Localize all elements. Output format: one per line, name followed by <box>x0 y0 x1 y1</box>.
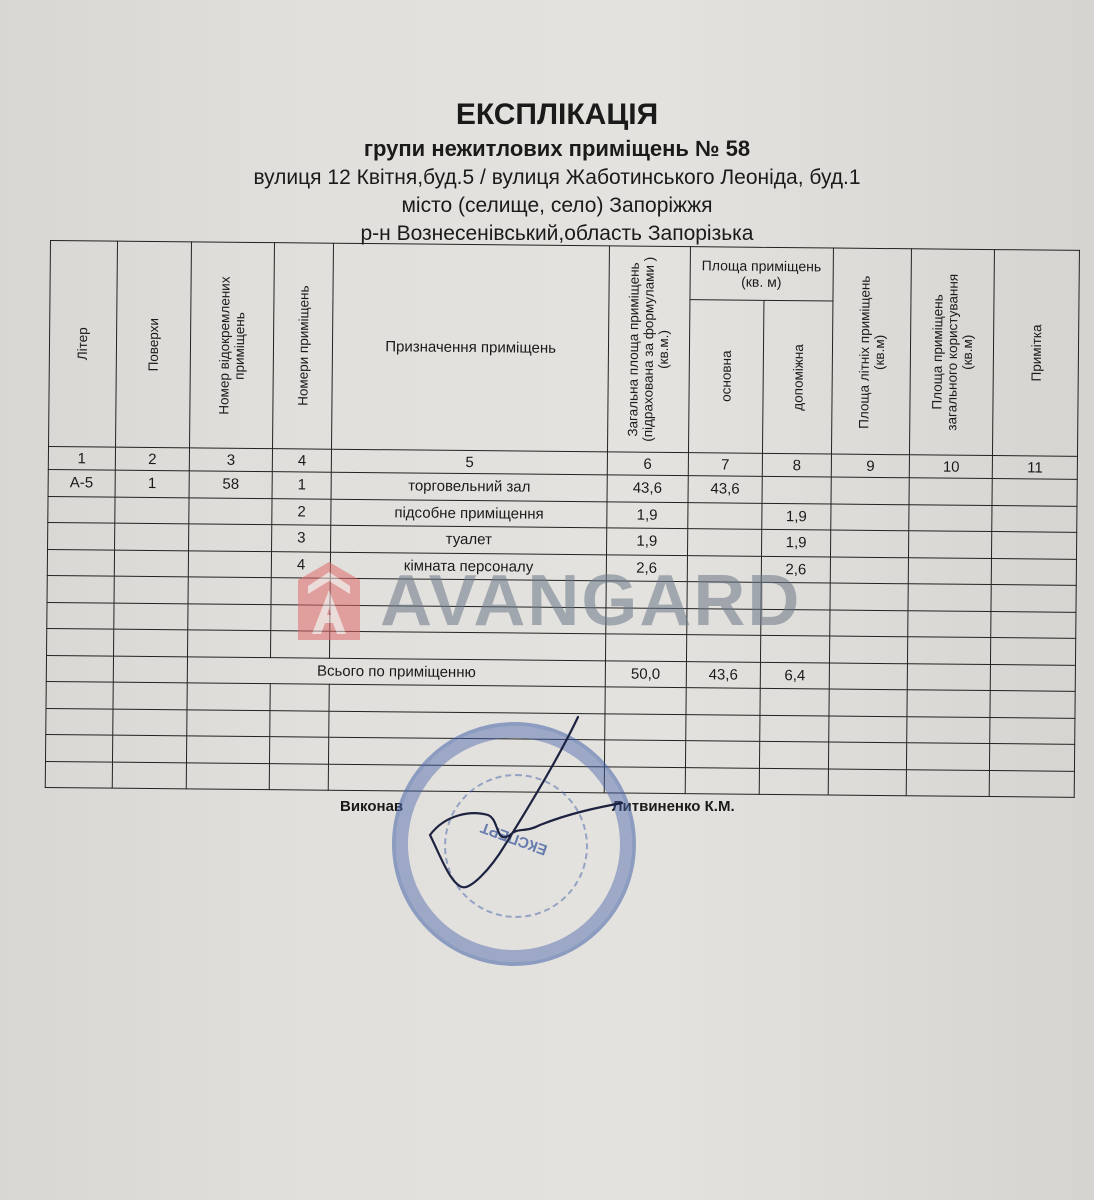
handwritten-signature <box>400 715 660 905</box>
column-number: 7 <box>688 453 763 477</box>
empty-cell <box>907 743 990 770</box>
empty-cell <box>991 638 1076 665</box>
cell-main <box>687 502 762 529</box>
empty-cell <box>605 687 686 714</box>
cell-separate: 58 <box>189 471 272 498</box>
empty-cell <box>829 689 908 716</box>
column-number: 11 <box>992 456 1077 480</box>
column-number: 4 <box>272 449 332 473</box>
empty-cell <box>45 761 112 788</box>
column-number: 1 <box>48 446 115 470</box>
empty-cell <box>829 715 908 742</box>
empty-cell <box>114 576 189 603</box>
empty-cell <box>829 636 908 663</box>
empty-cell <box>45 734 112 761</box>
cell-summer <box>830 530 909 557</box>
address-line: вулиця 12 Квітня,буд.5 / вулиця Жаботинс… <box>10 166 1094 190</box>
empty-cell <box>761 582 830 609</box>
empty-cell <box>759 768 828 795</box>
empty-cell <box>606 607 687 634</box>
cell-room: 2 <box>272 498 332 525</box>
cell-summer <box>831 477 910 504</box>
empty-cell <box>829 662 908 689</box>
empty-cell <box>761 609 830 636</box>
empty-cell <box>605 634 686 661</box>
empty-cell <box>908 610 991 637</box>
empty-cell <box>828 742 907 769</box>
column-number: 6 <box>607 452 688 476</box>
empty-cell <box>828 768 907 795</box>
cell-room: 3 <box>271 525 331 552</box>
empty-cell <box>685 714 760 741</box>
empty-cell <box>269 737 329 764</box>
document-subtitle: групи нежитлових приміщень № 58 <box>10 136 1094 162</box>
header-floors: Поверхи <box>115 241 192 448</box>
empty-cell <box>112 709 187 736</box>
cell-room: 1 <box>272 472 332 499</box>
cell-separate <box>188 550 271 577</box>
cell-note <box>992 532 1077 559</box>
cell-main <box>687 529 762 556</box>
total-area-sum: 50,0 <box>605 660 686 687</box>
header-area-group: Площа приміщень (кв. м) <box>690 247 834 301</box>
empty-cell <box>685 741 760 768</box>
cell-note <box>991 558 1076 585</box>
cell-aux: 1,9 <box>762 503 831 530</box>
empty-cell <box>761 635 830 662</box>
column-number: 2 <box>115 447 190 471</box>
empty-cell <box>113 682 188 709</box>
cell-purpose: кімната персоналу <box>331 552 607 581</box>
empty-cell <box>187 709 270 736</box>
cell-floor: 1 <box>115 470 190 497</box>
empty-cell <box>908 637 991 664</box>
header-purpose: Призначення приміщень <box>332 243 609 452</box>
empty-cell <box>270 710 330 737</box>
document-title: ЕКСПЛІКАЦІЯ <box>10 98 1094 132</box>
header-total-area: Загальна площа приміщень (підрахована за… <box>607 246 690 453</box>
empty-cell <box>760 741 829 768</box>
empty-cell <box>686 608 761 635</box>
total-aux-sum: 6,4 <box>760 662 829 689</box>
empty-cell <box>186 762 269 789</box>
cell-liter <box>48 496 115 523</box>
cell-summer <box>831 504 910 531</box>
empty-cell <box>990 691 1075 718</box>
cell-liter: А-5 <box>48 469 115 496</box>
column-number: 9 <box>831 454 910 478</box>
cell-separate <box>189 524 272 551</box>
empty-cell <box>113 656 188 683</box>
empty-cell <box>330 631 606 660</box>
cell-main <box>687 555 762 582</box>
empty-cell <box>47 628 114 655</box>
empty-cell <box>830 583 909 610</box>
cell-main: 43,6 <box>688 476 763 503</box>
header-separate-number: Номер відокремлених приміщень <box>190 242 275 449</box>
empty-cell <box>990 744 1075 771</box>
empty-cell <box>187 736 270 763</box>
cell-total: 1,9 <box>606 528 687 555</box>
empty-cell <box>990 664 1075 691</box>
empty-cell <box>113 603 188 630</box>
empty-cell <box>270 684 330 711</box>
empty-cell <box>830 610 909 637</box>
column-number: 5 <box>332 449 608 475</box>
cell-purpose: туалет <box>331 525 607 554</box>
cell-total: 1,9 <box>607 501 688 528</box>
empty-cell <box>188 577 271 604</box>
city-line: місто (селище, село) Запоріжжя <box>10 194 1094 218</box>
empty-cell <box>47 602 114 629</box>
column-number: 8 <box>762 453 831 477</box>
empty-cell <box>907 716 990 743</box>
cell-common <box>909 531 992 558</box>
header-main: основна <box>688 300 764 454</box>
cell-floor <box>114 523 189 550</box>
signed-by-label: Виконав <box>340 798 403 815</box>
cell-note <box>992 505 1077 532</box>
empty-cell <box>686 635 761 662</box>
empty-cell <box>991 611 1076 638</box>
empty-cell <box>47 575 114 602</box>
cell-room: 4 <box>271 551 331 578</box>
empty-cell <box>270 631 330 658</box>
cell-aux: 1,9 <box>762 529 831 556</box>
total-label: Всього по приміщенню <box>187 656 605 687</box>
header-liter: Літер <box>49 241 118 448</box>
empty-cell <box>188 630 271 657</box>
cell-liter <box>47 549 114 576</box>
empty-cell <box>113 629 188 656</box>
empty-cell <box>330 605 606 634</box>
cell-common <box>909 557 992 584</box>
empty-cell <box>908 584 991 611</box>
empty-cell <box>991 585 1076 612</box>
empty-cell <box>271 604 331 631</box>
empty-cell <box>330 578 606 607</box>
header-auxiliary: допоміжна <box>763 300 833 454</box>
empty-cell <box>46 655 113 682</box>
empty-cell <box>269 763 329 790</box>
empty-cell <box>686 688 761 715</box>
cell-total: 43,6 <box>607 475 688 502</box>
column-number: 3 <box>190 448 273 472</box>
empty-cell <box>271 578 331 605</box>
empty-cell <box>990 717 1075 744</box>
header-summer-area: Площа літніх приміщень (кв.м) <box>831 248 912 455</box>
column-number: 10 <box>910 455 993 479</box>
empty-cell <box>46 681 113 708</box>
cell-separate <box>189 497 272 524</box>
empty-cell <box>989 770 1074 797</box>
empty-cell <box>685 767 760 794</box>
cell-note <box>992 479 1077 506</box>
cell-aux: 2,6 <box>761 556 830 583</box>
header-common-area: Площа приміщень загального користування … <box>910 249 995 456</box>
empty-cell <box>908 663 991 690</box>
cell-floor <box>114 497 189 524</box>
cell-liter <box>48 522 115 549</box>
cell-common <box>909 504 992 531</box>
empty-cell <box>46 708 113 735</box>
empty-cell <box>329 684 605 713</box>
empty-cell <box>907 769 990 796</box>
header-room-numbers: Номери приміщень <box>272 243 333 450</box>
cell-purpose: підсобне приміщення <box>331 499 607 528</box>
empty-cell <box>760 715 829 742</box>
empty-cell <box>760 688 829 715</box>
empty-cell <box>187 683 270 710</box>
empty-cell <box>112 762 187 789</box>
empty-cell <box>112 735 187 762</box>
cell-floor <box>114 550 189 577</box>
empty-cell <box>687 582 762 609</box>
empty-cell <box>188 603 271 630</box>
cell-total: 2,6 <box>606 554 687 581</box>
empty-cell <box>606 581 687 608</box>
cell-aux <box>762 476 831 503</box>
cell-purpose: торговельний зал <box>331 472 607 501</box>
total-main-sum: 43,6 <box>686 661 761 688</box>
cell-common <box>909 478 992 505</box>
empty-cell <box>907 690 990 717</box>
header-note: Примітка <box>993 250 1080 457</box>
cell-summer <box>830 557 909 584</box>
